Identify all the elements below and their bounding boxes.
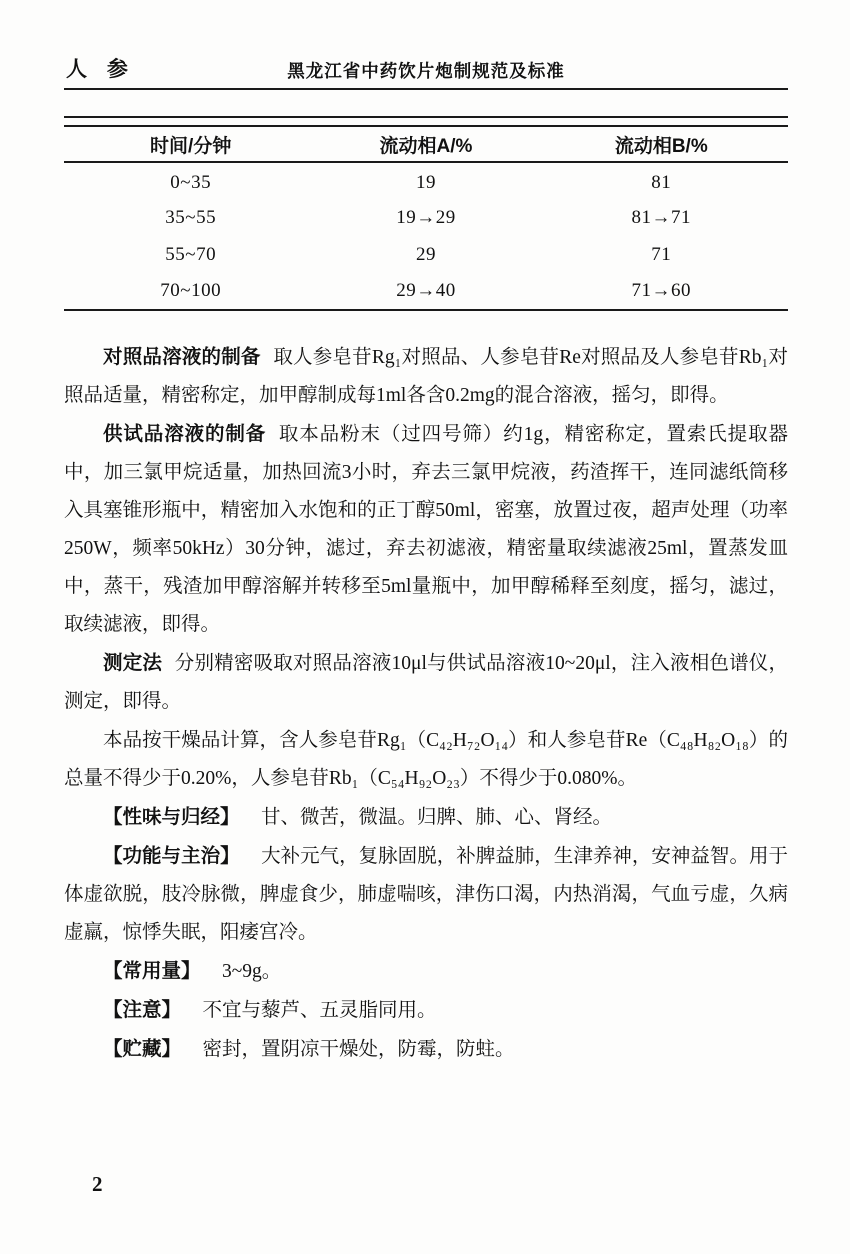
paragraph-lead: 【注意】 [103,999,181,1021]
paragraph-assay-method: 测定法分别精密吸取对照品溶液10μl与供试品溶液10~20μl，注入液相色谱仪，… [64,644,788,721]
cell-time: 70~100 [64,273,317,310]
paragraph-functions-indications: 【功能与主治】大补元气，复脉固脱，补脾益肺，生津养神，安神益智。用于体虚欲脱，肢… [64,837,788,952]
paragraph-text: 本品按干燥品计算，含人参皂苷Rg₁（C₄₂H₇₂O₁₄）和人参皂苷Re（C₄₈H… [64,730,788,789]
gradient-table: 时间/分钟 流动相A/% 流动相B/% 0~35 19 81 35~55 19→… [64,125,788,311]
paragraph-text: 密封，置阴凉干燥处，防霉，防蛀。 [202,1039,514,1060]
running-header: 人 参 黑龙江省中药饮片炮制规范及标准 [64,54,788,90]
cell-time: 35~55 [64,199,317,236]
monograph-title: 人 参 [66,53,135,83]
paragraph-lead: 【贮藏】 [103,1038,181,1060]
paragraph-text: 甘、微苦，微温。归脾、肺、心、肾经。 [261,807,612,828]
document-page: 人 参 黑龙江省中药饮片炮制规范及标准 时间/分钟 流动相A/% 流动相B/% … [0,0,850,1254]
cell-phase-a: 29 [317,236,534,273]
paragraph-reference-solution: 对照品溶液的制备取人参皂苷Rg₁对照品、人参皂苷Re对照品及人参皂苷Rb₁对照品… [64,338,788,415]
monograph-body: 对照品溶液的制备取人参皂苷Rg₁对照品、人参皂苷Re对照品及人参皂苷Rb₁对照品… [64,338,788,1069]
paragraph-test-solution: 供试品溶液的制备取本品粉末（过四号筛）约1g，精密称定，置索氏提取器中，加三氯甲… [64,415,788,644]
cell-phase-b: 71 [535,236,788,273]
gradient-table-wrapper: 时间/分钟 流动相A/% 流动相B/% 0~35 19 81 35~55 19→… [64,116,788,311]
cell-phase-a: 19→29 [317,199,534,236]
paragraph-content-limits: 本品按干燥品计算，含人参皂苷Rg₁（C₄₂H₇₂O₁₄）和人参皂苷Re（C₄₈H… [64,721,788,798]
cell-phase-a: 19 [317,162,534,199]
book-title: 黑龙江省中药饮片炮制规范及标准 [64,54,788,83]
paragraph-text: 取本品粉末（过四号筛）约1g，精密称定，置索氏提取器中，加三氯甲烷适量，加热回流… [64,424,788,635]
col-header-time: 时间/分钟 [64,126,317,162]
paragraph-storage: 【贮藏】密封，置阴凉干燥处，防霉，防蛀。 [64,1030,788,1069]
col-header-mobile-phase-b: 流动相B/% [535,126,788,162]
cell-phase-b: 71→60 [535,273,788,310]
page-number: 2 [92,1172,103,1197]
table-row: 35~55 19→29 81→71 [64,199,788,236]
cell-phase-b: 81→71 [535,199,788,236]
paragraph-usual-dose: 【常用量】3~9g。 [64,952,788,991]
paragraph-lead: 【常用量】 [103,960,201,982]
table-row: 70~100 29→40 71→60 [64,273,788,310]
table-row: 55~70 29 71 [64,236,788,273]
cell-time: 0~35 [64,162,317,199]
table-header-row: 时间/分钟 流动相A/% 流动相B/% [64,126,788,162]
paragraph-lead: 测定法 [103,652,162,674]
paragraph-lead: 【功能与主治】 [103,845,240,867]
paragraph-lead: 对照品溶液的制备 [103,346,261,368]
cell-time: 55~70 [64,236,317,273]
paragraph-property-meridian: 【性味与归经】甘、微苦，微温。归脾、肺、心、肾经。 [64,798,788,837]
paragraph-lead: 【性味与归经】 [103,806,240,828]
table-row: 0~35 19 81 [64,162,788,199]
page-content: 人 参 黑龙江省中药饮片炮制规范及标准 时间/分钟 流动相A/% 流动相B/% … [64,54,788,1069]
paragraph-text: 不宜与藜芦、五灵脂同用。 [202,1000,436,1021]
paragraph-caution: 【注意】不宜与藜芦、五灵脂同用。 [64,991,788,1030]
paragraph-text: 分别精密吸取对照品溶液10μl与供试品溶液10~20μl，注入液相色谱仪，测定，… [64,653,788,712]
paragraph-lead: 供试品溶液的制备 [103,423,266,445]
cell-phase-b: 81 [535,162,788,199]
cell-phase-a: 29→40 [317,273,534,310]
paragraph-text: 3~9g。 [222,961,281,982]
col-header-mobile-phase-a: 流动相A/% [317,126,534,162]
